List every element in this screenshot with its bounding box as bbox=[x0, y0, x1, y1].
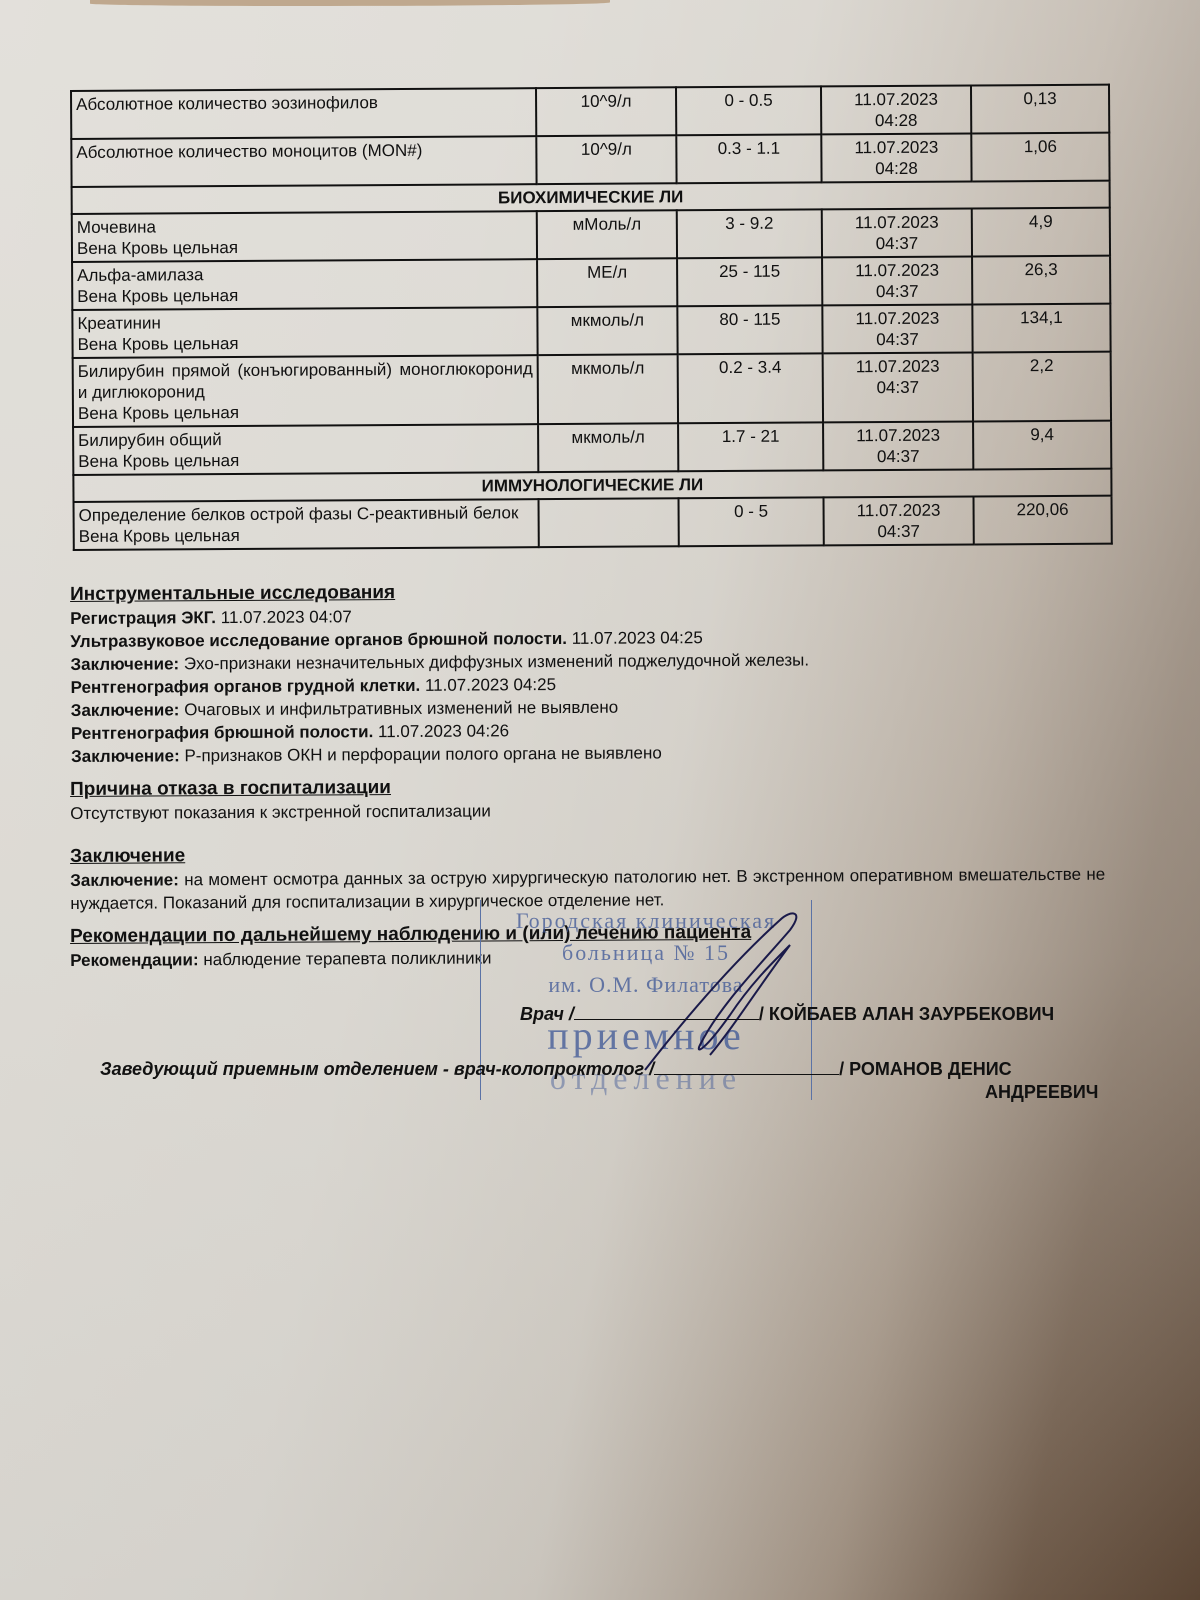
table-row: КреатининВена Кровь цельнаямкмоль/л80 - … bbox=[72, 304, 1110, 358]
test-name: Абсолютное количество эозинофилов bbox=[71, 88, 536, 139]
test-datetime: 11.07.202304:28 bbox=[821, 85, 971, 134]
test-value: 0,13 bbox=[971, 85, 1109, 134]
item-text: Эхо-признаки незначительных диффузных из… bbox=[179, 650, 809, 673]
table-row: Абсолютное количество эозинофилов10^9/л0… bbox=[71, 85, 1109, 139]
test-datetime: 11.07.202304:37 bbox=[822, 208, 972, 257]
item-label: Рентгенография брюшной полости. bbox=[71, 722, 373, 743]
table-row: МочевинаВена Кровь цельнаямМоль/л3 - 9.2… bbox=[72, 208, 1110, 262]
test-name: Альфа-амилазаВена Кровь цельная bbox=[72, 259, 537, 310]
test-datetime: 11.07.202304:37 bbox=[822, 304, 972, 353]
item-text: 11.07.2023 04:25 bbox=[567, 628, 703, 648]
test-unit: мкмоль/л bbox=[537, 306, 677, 355]
test-value: 1,06 bbox=[971, 133, 1109, 182]
test-value: 26,3 bbox=[972, 256, 1110, 305]
item-label: Регистрация ЭКГ. bbox=[70, 608, 216, 628]
table-row: Определение белков острой фазы С-реактив… bbox=[74, 496, 1112, 550]
test-name: Определение белков острой фазы С-реактив… bbox=[74, 499, 539, 550]
test-value: 4,9 bbox=[972, 208, 1110, 257]
reference-range: 0 - 5 bbox=[679, 497, 824, 546]
head-signature-row: Заведующий приемным отделением - врач-ко… bbox=[100, 1058, 1012, 1080]
test-value: 220,06 bbox=[973, 496, 1111, 545]
item-text: Р-признаков ОКН и перфорации полого орга… bbox=[180, 743, 662, 765]
test-name: Билирубин общийВена Кровь цельная bbox=[73, 424, 538, 475]
test-name: Абсолютное количество моноцитов (MON#) bbox=[71, 136, 536, 187]
item-label: Заключение: bbox=[70, 654, 179, 674]
head-name: / РОМАНОВ ДЕНИС bbox=[839, 1059, 1012, 1079]
recommendations-body: наблюдение терапевта поликлиники bbox=[199, 948, 492, 969]
item-text: Очаговых и инфильтративных изменений не … bbox=[179, 698, 618, 720]
reference-range: 0.3 - 1.1 bbox=[676, 134, 821, 183]
head-label: Заведующий приемным отделением - врач-ко… bbox=[100, 1059, 654, 1079]
conclusion-label: Заключение: bbox=[70, 870, 179, 890]
item-label: Заключение: bbox=[71, 746, 180, 766]
item-text: 11.07.2023 04:26 bbox=[373, 721, 509, 741]
test-datetime: 11.07.202304:37 bbox=[823, 421, 973, 470]
doctor-signature-row: Врач // КОЙБАЕВ АЛАН ЗАУРБЕКОВИЧ bbox=[520, 1003, 1054, 1025]
signature-line bbox=[654, 1058, 839, 1075]
lab-results-table: Абсолютное количество эозинофилов10^9/л0… bbox=[70, 84, 1113, 551]
test-value: 9,4 bbox=[973, 421, 1111, 470]
instrumental-section: Инструментальные исследования Регистраци… bbox=[70, 577, 1121, 768]
refusal-section: Причина отказа в госпитализации Отсутств… bbox=[70, 772, 1120, 825]
test-unit: 10^9/л bbox=[536, 135, 676, 184]
doctor-label: Врач / bbox=[520, 1004, 574, 1024]
test-unit: мкмоль/л bbox=[538, 423, 678, 472]
test-unit bbox=[539, 498, 679, 547]
reference-range: 80 - 115 bbox=[677, 305, 822, 354]
head-name-line2: АНДРЕЕВИЧ bbox=[985, 1082, 1098, 1103]
test-name: Билирубин прямой (конъюгированный) моног… bbox=[73, 355, 538, 427]
item-label: Заключение: bbox=[71, 700, 180, 720]
signature-line bbox=[574, 1003, 759, 1020]
test-datetime: 11.07.202304:37 bbox=[824, 496, 974, 545]
table-row: Абсолютное количество моноцитов (MON#)10… bbox=[71, 133, 1109, 187]
item-label: Рентгенография органов грудной клетки. bbox=[71, 676, 421, 697]
item-label: Ультразвуковое исследование органов брюш… bbox=[70, 629, 567, 651]
doctor-name: / КОЙБАЕВ АЛАН ЗАУРБЕКОВИЧ bbox=[759, 1004, 1054, 1024]
test-unit: мМоль/л bbox=[537, 210, 677, 259]
test-unit: мкмоль/л bbox=[538, 354, 678, 424]
item-text: 11.07.2023 04:07 bbox=[216, 607, 352, 627]
test-datetime: 11.07.202304:28 bbox=[821, 133, 971, 182]
test-value: 2,2 bbox=[973, 352, 1111, 422]
handwritten-signature-icon bbox=[640, 905, 820, 1075]
recommendations-label: Рекомендации: bbox=[70, 950, 198, 970]
reference-range: 3 - 9.2 bbox=[677, 209, 822, 258]
test-unit: 10^9/л bbox=[536, 87, 676, 136]
table-row: Билирубин прямой (конъюгированный) моног… bbox=[73, 352, 1111, 427]
reference-range: 1.7 - 21 bbox=[678, 422, 823, 471]
reference-range: 0.2 - 3.4 bbox=[678, 353, 823, 423]
table-row: Билирубин общийВена Кровь цельнаямкмоль/… bbox=[73, 421, 1111, 475]
test-name: МочевинаВена Кровь цельная bbox=[72, 211, 537, 262]
test-name: КреатининВена Кровь цельная bbox=[72, 307, 537, 358]
test-datetime: 11.07.202304:37 bbox=[822, 256, 972, 305]
test-value: 134,1 bbox=[972, 304, 1110, 353]
table-row: Альфа-амилазаВена Кровь цельнаяМЕ/л25 - … bbox=[72, 256, 1110, 310]
test-datetime: 11.07.202304:37 bbox=[823, 352, 973, 422]
test-unit: МЕ/л bbox=[537, 258, 677, 307]
reference-range: 25 - 115 bbox=[677, 257, 822, 306]
item-text: 11.07.2023 04:25 bbox=[420, 675, 556, 695]
reference-range: 0 - 0.5 bbox=[676, 86, 821, 135]
